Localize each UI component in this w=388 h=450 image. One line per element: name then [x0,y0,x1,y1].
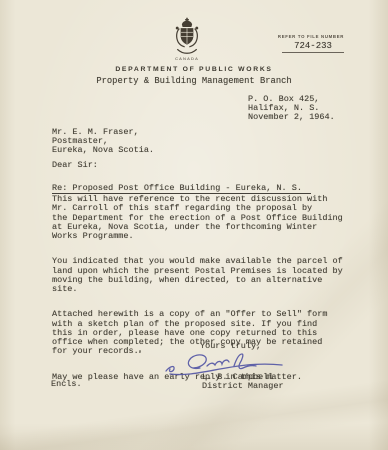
paragraph-1: This will have reference to the recent d… [52,195,362,241]
ink-speck [139,350,141,353]
enclosures-note: Encls. [51,380,82,389]
paragraph-2: You indicated that you would make availa… [52,257,362,294]
origin-address-block: P. O. Box 425, Halifax, N. S. November 2… [248,95,335,123]
recipient-address-block: Mr. E. M. Fraser, Postmaster, Eureka, No… [52,128,154,156]
file-reference-block: REFER TO FILE NUMBER 724-233 [268,34,354,53]
department-title: DEPARTMENT OF PUBLIC WORKS [0,66,388,73]
letter-page: CANADA REFER TO FILE NUMBER 724-233 DEPA… [0,0,388,450]
canada-coat-of-arms-icon: CANADA [171,17,203,61]
salutation: Dear Sir: [52,161,98,170]
signer-title: District Manager [202,382,284,391]
file-reference-label: REFER TO FILE NUMBER [268,34,354,39]
emblem-caption: CANADA [171,56,203,61]
file-reference-number: 724-233 [282,41,344,53]
branch-title: Property & Building Management Branch [0,77,388,86]
